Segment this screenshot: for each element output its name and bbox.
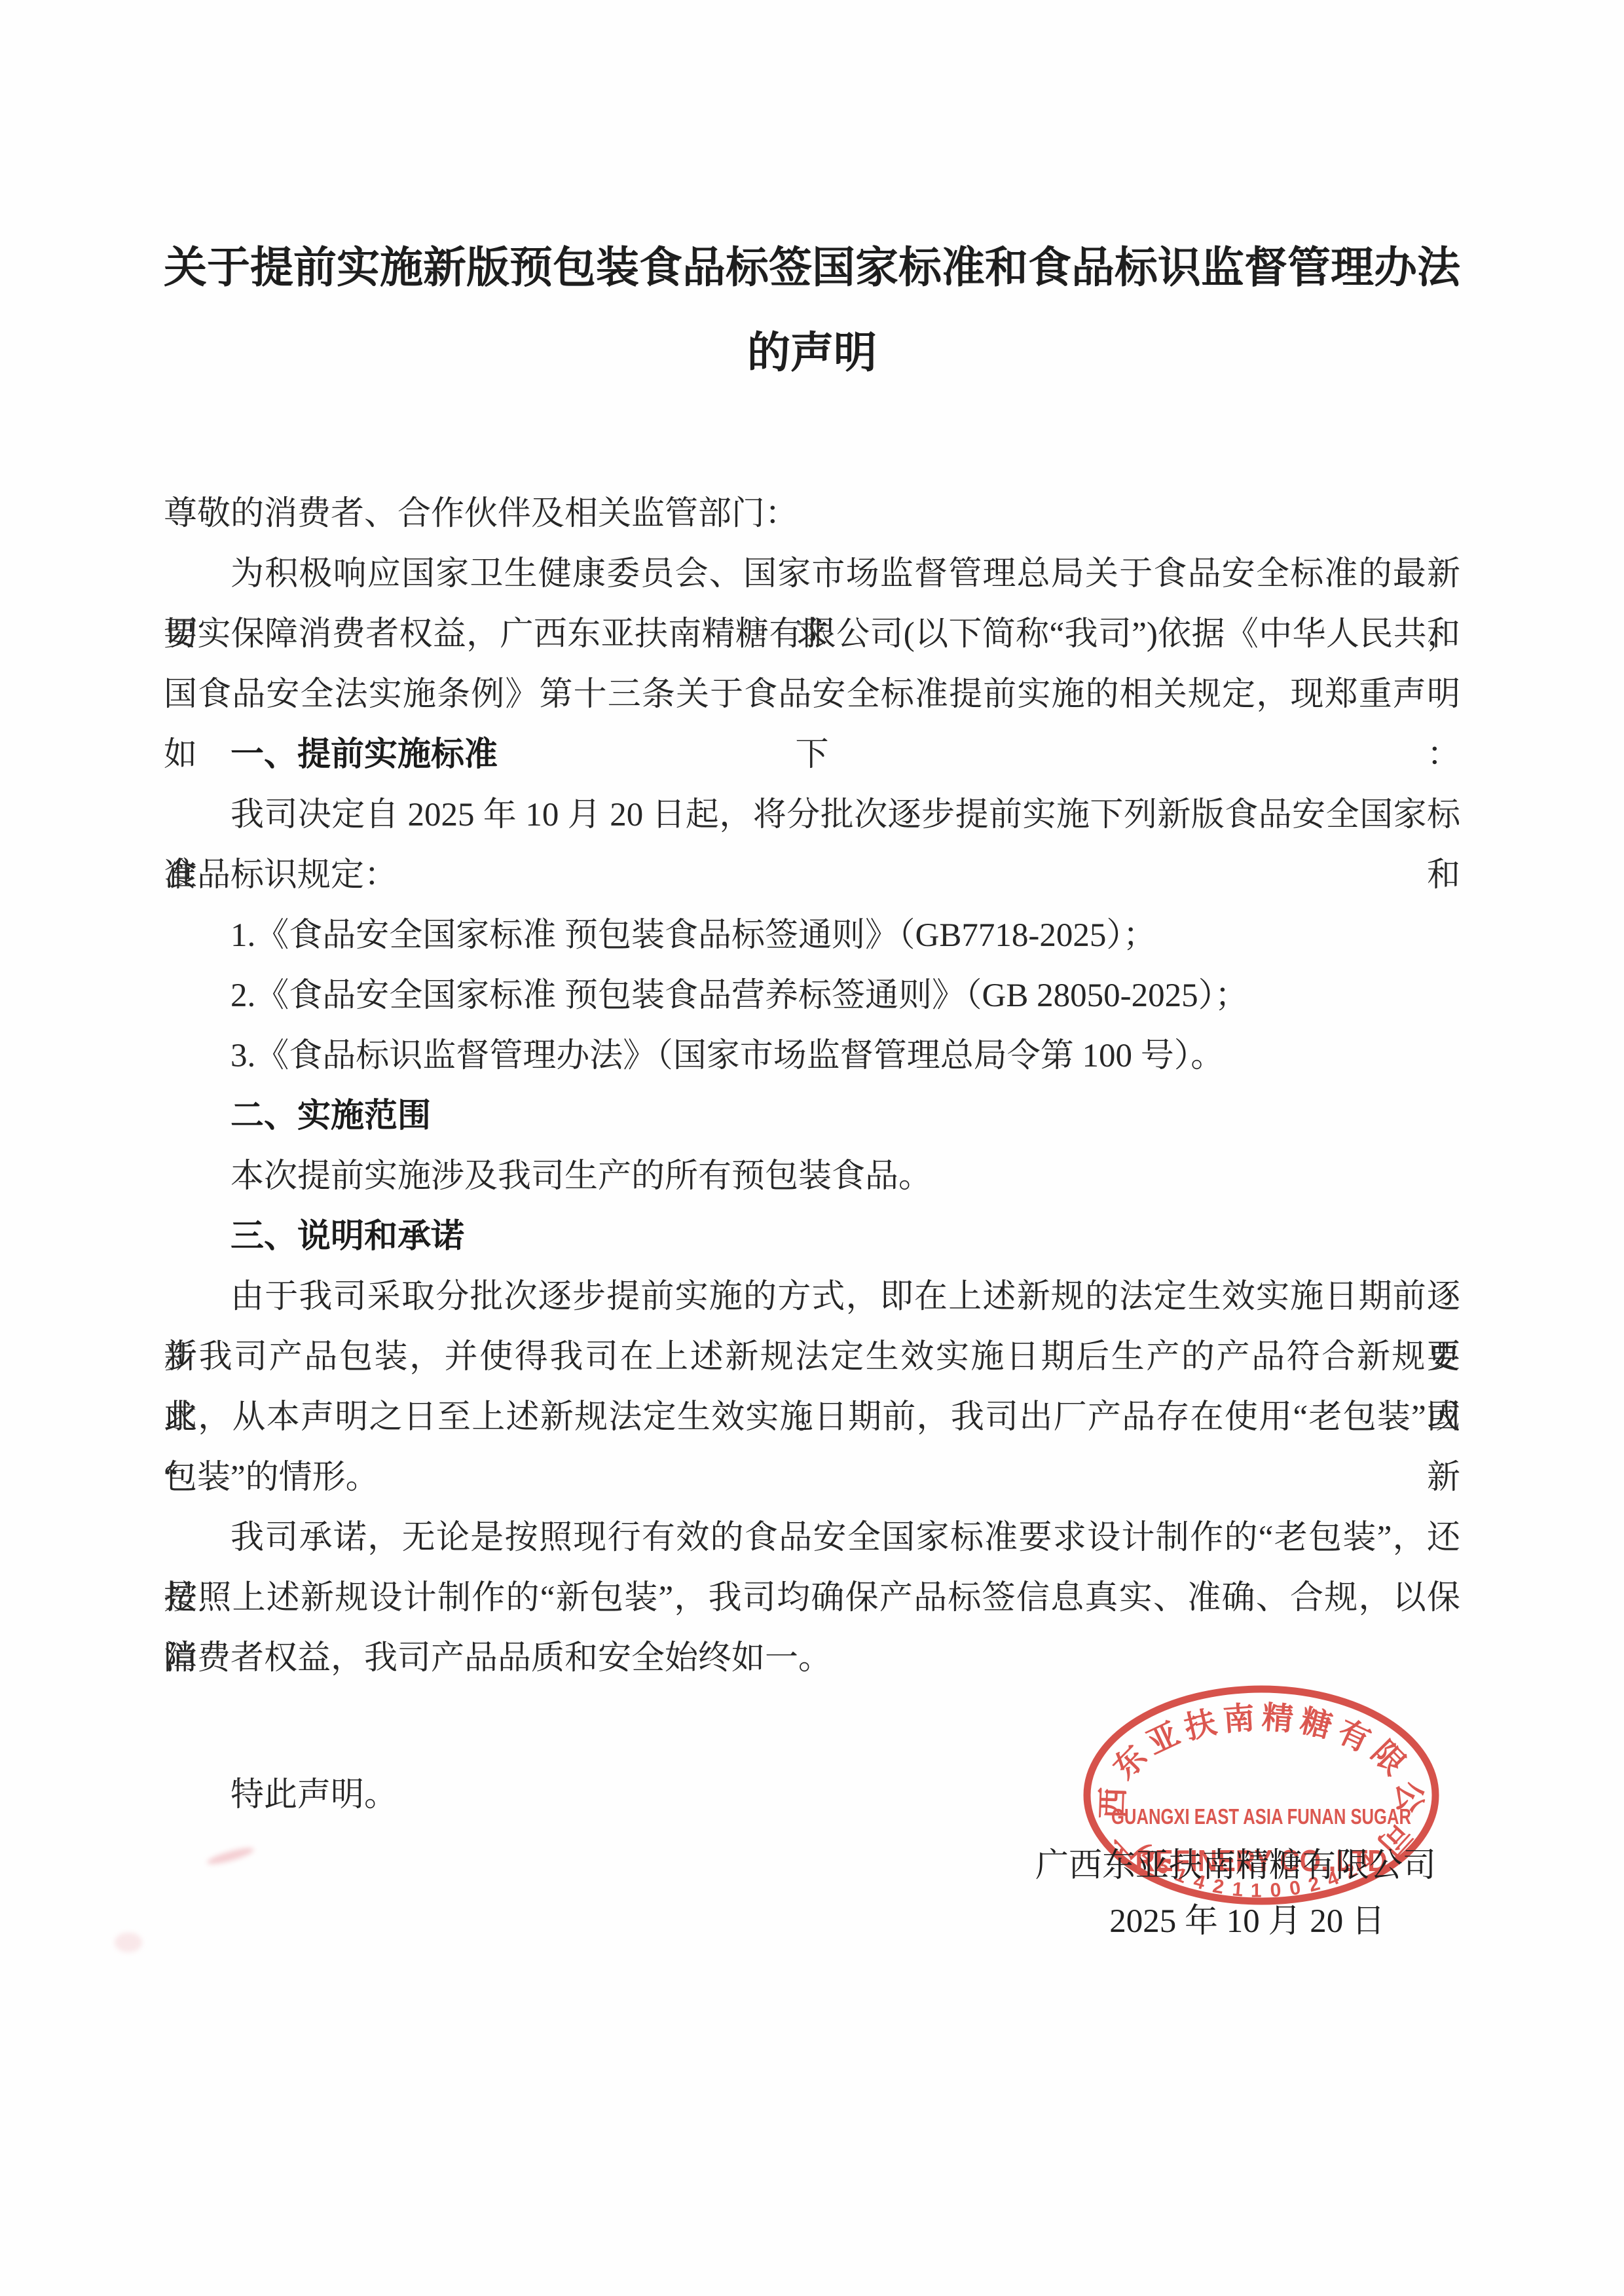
text-line: 国食品安全法实施条例》第十三条关于食品安全标准提前实施的相关规定，现郑重声明如下… — [164, 665, 1460, 725]
text-line: 消费者权益，我司产品品质和安全始终如一。 — [164, 1628, 1460, 1688]
text-line: 3.《食品标识监督管理办法》（国家市场监督管理总局令第 100 号）。 — [164, 1026, 1460, 1086]
text-line: 三、说明和承诺 — [164, 1207, 1460, 1267]
text-line: 我司承诺，无论是按照现行有效的食品安全国家标准要求设计制作的“老包装”，还是 — [164, 1508, 1460, 1568]
text-line: 新我司产品包装，并使得我司在上述新规法定生效实施日期后生产的产品符合新规要求。因 — [164, 1327, 1460, 1387]
document-body: 尊敬的消费者、合作伙伴及相关监管部门：为积极响应国家卫生健康委员会、国家市场监督… — [164, 484, 1460, 1688]
text-line: 本次提前实施涉及我司生产的所有预包装食品。 — [164, 1146, 1460, 1207]
text-line: 1.《食品安全国家标准 预包装食品标签通则》（GB7718-2025）； — [164, 905, 1460, 966]
ink-smudge — [115, 1933, 142, 1952]
text-line: 二、实施范围 — [164, 1086, 1460, 1146]
text-line: 我司决定自 2025 年 10 月 20 日起，将分批次逐步提前实施下列新版食品… — [164, 785, 1460, 845]
signature-date: 2025 年 10 月 20 日 — [1109, 1891, 1385, 1952]
text-line: 此，从本声明之日至上述新规法定生效实施日期前，我司出厂产品存在使用“老包装”或“… — [164, 1387, 1460, 1448]
text-line: 按照上述新规设计制作的“新包装”，我司均确保产品标签信息真实、准确、合规，以保障 — [164, 1568, 1460, 1628]
closing-statement: 特此声明。 — [231, 1765, 1016, 1825]
ink-smudge — [206, 1845, 255, 1867]
signature-company: 广西东亚扶南精糖有限公司 — [1035, 1836, 1436, 1896]
text-line: 2.《食品安全国家标准 预包装食品营养标签通则》（GB 28050-2025）； — [164, 966, 1460, 1026]
document-title-line1: 关于提前实施新版预包装食品标签国家标准和食品标识监督管理办法 — [164, 223, 1460, 314]
document-title-line2: 的声明 — [164, 308, 1460, 399]
text-line: 尊敬的消费者、合作伙伴及相关监管部门： — [164, 484, 1460, 544]
text-line: 为积极响应国家卫生健康委员会、国家市场监督管理总局关于食品安全标准的最新要求， — [164, 544, 1460, 604]
document-page: 关于提前实施新版预包装食品标签国家标准和食品标识监督管理办法 的声明 尊敬的消费… — [0, 0, 1624, 2296]
seal-english-name-line1: GUANGXI EAST ASIA FUNAN SUGAR — [1111, 1804, 1411, 1829]
text-line: 由于我司采取分批次逐步提前实施的方式，即在上述新规的法定生效实施日期前逐步更 — [164, 1267, 1460, 1327]
text-line: 切实保障消费者权益，广西东亚扶南精糖有限公司(以下简称“我司”)依据《中华人民共… — [164, 604, 1460, 665]
